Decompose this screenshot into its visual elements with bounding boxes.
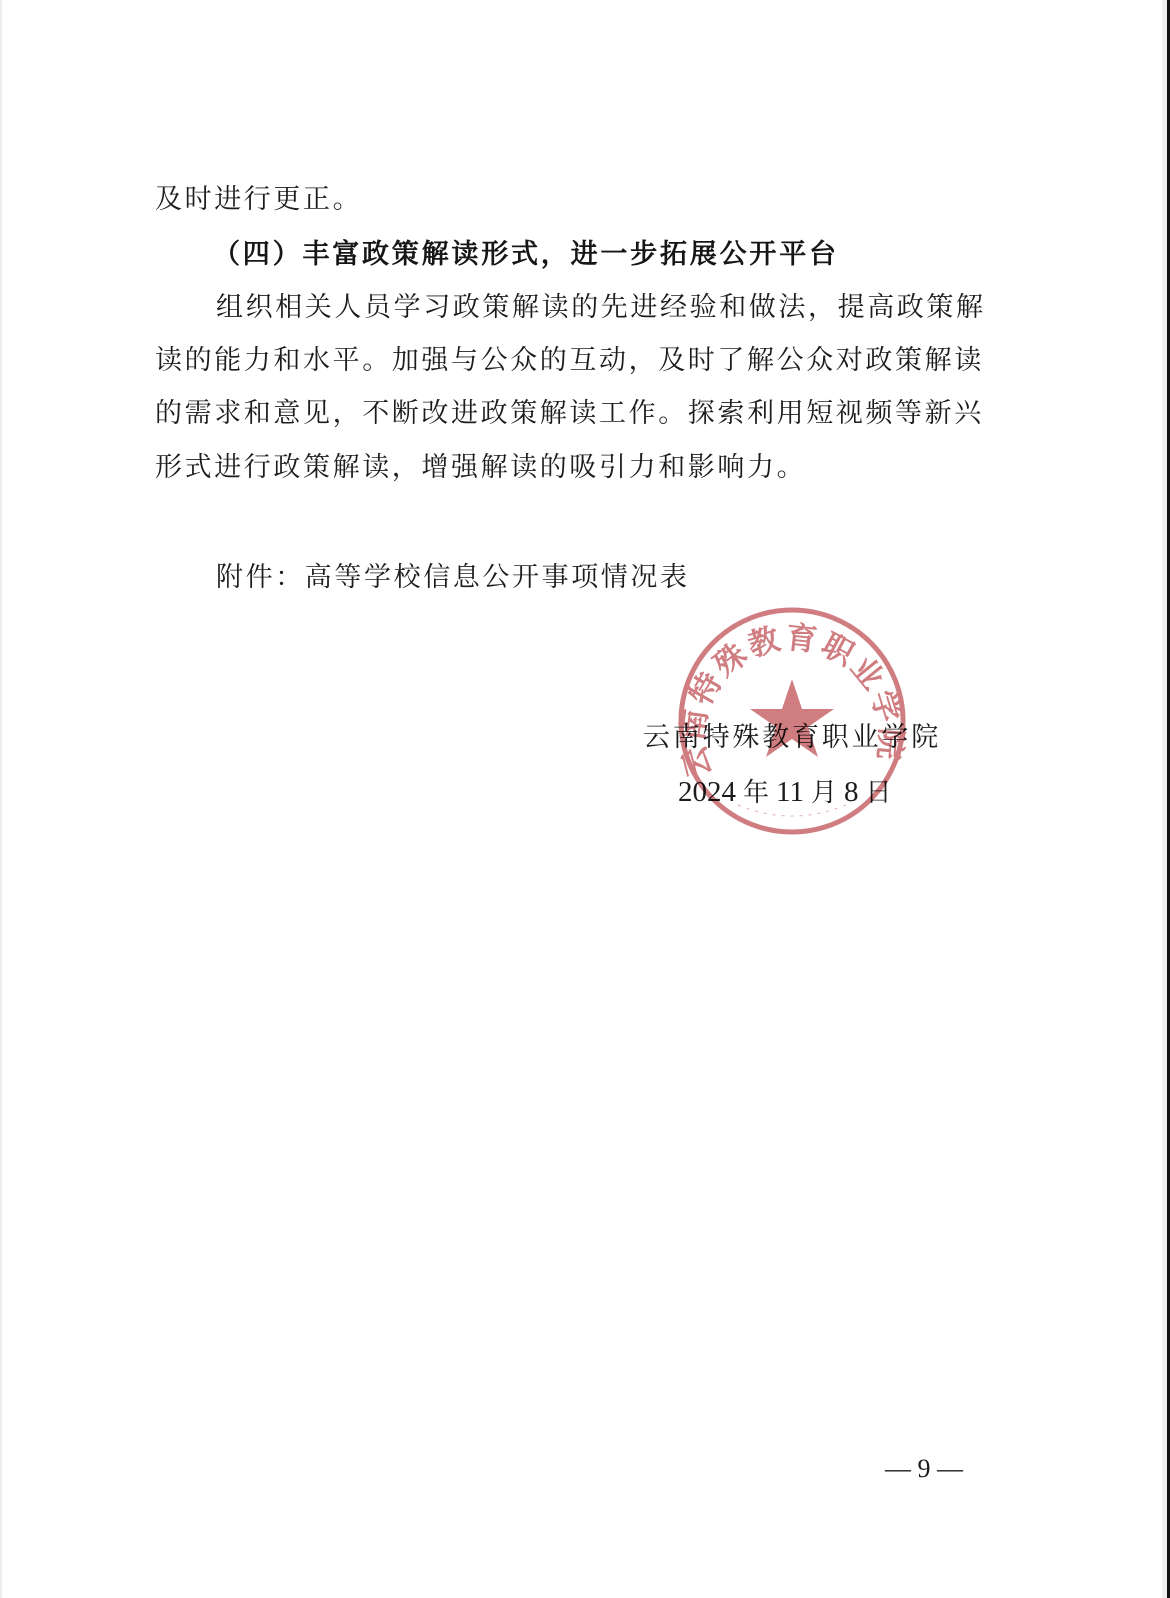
body-line-1: 组织相关人员学习政策解读的先进经验和做法，提高政策解: [216, 291, 986, 325]
section-heading: （四）丰富政策解读形式，进一步拓展公开平台: [213, 238, 839, 272]
date-month-label: 月: [811, 778, 837, 808]
body-line-3: 的需求和意见，不断改进政策解读工作。探索利用短视频等新兴: [155, 397, 984, 431]
date-year: 2024: [678, 776, 736, 808]
date-day: 8: [844, 776, 859, 808]
date-month: 11: [776, 776, 804, 808]
signing-date: 2024年11月8日: [678, 775, 898, 810]
seal-arc-text: 云南特殊教育职业学院: [676, 619, 908, 782]
paragraph-continuation: 及时进行更正。: [155, 183, 362, 217]
document-page: 及时进行更正。 （四）丰富政策解读形式，进一步拓展公开平台 组织相关人员学习政策…: [0, 0, 1170, 1598]
date-year-label: 年: [743, 778, 769, 808]
signing-organization: 云南特殊教育职业学院: [643, 721, 941, 755]
date-day-label: 日: [865, 778, 891, 808]
body-line-2: 读的能力和水平。加强与公众的互动，及时了解公众对政策解读: [155, 344, 984, 378]
page-number: — 9 —: [885, 1452, 963, 1486]
body-line-4: 形式进行政策解读，增强解读的吸引力和影响力。: [155, 451, 806, 485]
attachment-note: 附件：高等学校信息公开事项情况表: [216, 561, 690, 595]
